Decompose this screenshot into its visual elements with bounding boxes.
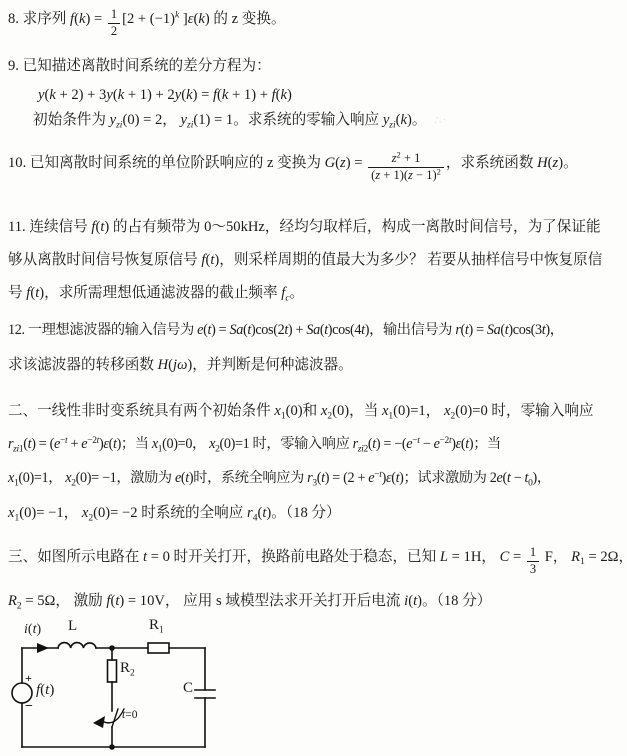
switch-arrowhead-icon — [93, 716, 105, 728]
current-label: i(t) — [24, 623, 41, 637]
circuit-diagram: i(t) L R1 R2 C f(t) + − t=0 — [10, 615, 222, 756]
section-2-line-1: 二、一线性非时变系统具有两个初始条件 x1(0)和 x2(0)，当 x1(0)=… — [8, 402, 594, 420]
problem-9-equation: y(k + 2) + 3y(k + 1) + 2y(k) = f(k + 1) … — [38, 86, 292, 104]
switch-blade-icon — [112, 709, 118, 727]
section-2-line-4: x1(0)= −1， x2(0)= −2 时系统的全响应 r4(t)。（18 分… — [8, 504, 341, 522]
problem-12-line-2: 求该滤波器的转移函数 H(jω)，并判断是何种滤波器。 — [8, 356, 353, 374]
problem-8: 8. 求序列 f(k) = 12[2 + (−1)k ]ε(k) 的 z 变换。 — [8, 8, 286, 39]
switch-arrow-icon — [102, 709, 124, 723]
junction-dot — [109, 744, 115, 750]
document-page: 8. 求序列 f(k) = 12[2 + (−1)k ]ε(k) 的 z 变换。… — [0, 0, 627, 756]
capacitor-plates-icon — [195, 690, 215, 698]
capacitor-label: C — [183, 681, 193, 696]
section-2-line-3: x1(0)=1， x2(0)= −1，激励为 e(t)时，系统全响应为 r3(t… — [8, 470, 551, 488]
problem-9-intro: 9. 已知描述离散时间系统的差分方程为： — [8, 57, 271, 75]
plus-sign: + — [25, 672, 32, 684]
section-3-line-2: R2 = 5Ω， 激励 f(t) = 10V， 应用 s 域模型法求开关打开后电… — [8, 592, 491, 610]
problem-11-line-3: 号 f(t)，求所需理想低通滤波器的截止频率 fc。 — [8, 284, 304, 302]
problem-12-line-1: 12. 一理想滤波器的输入信号为 e(t) = Sa(t)cos(2t) + S… — [8, 322, 564, 340]
resistor2-body-icon — [108, 660, 117, 682]
inductor-label: L — [68, 619, 77, 634]
resistor1-label: R1 — [149, 618, 164, 633]
problem-10: 10. 已知离散时间系统的单位阶跃响应的 z 变换为 G(z) = z2 + 1… — [8, 152, 578, 183]
resistor2-label: R2 — [120, 661, 135, 676]
problem-9-conditions: 初始条件为 yzi(0) = 2， yzi(1) = 1。求系统的零输入响应 y… — [33, 111, 426, 129]
resistor1-body-icon — [148, 643, 169, 653]
problem-11-line-2: 够从离散时间信号恢复原信号 f(t)，则采样周期的值最大为多少？ 若要从抽样信号… — [8, 251, 602, 269]
scan-artifact: ∴∙ — [433, 110, 469, 129]
minus-sign: − — [25, 700, 33, 714]
section-2-line-2: rzi1(t) = (e−t + e−2t)ε(t)；当 x1(0)=0， x2… — [8, 436, 501, 454]
section-3-line-1: 三、如图所示电路在 t = 0 时开关打开，换路前电路处于稳态，已知 L = 1… — [8, 546, 627, 577]
switch-time-label: t=0 — [122, 710, 137, 722]
current-arrow-icon — [37, 643, 49, 653]
source-label: f(t) — [36, 683, 54, 698]
inductor-coil-icon — [58, 643, 96, 648]
junction-dot — [109, 645, 115, 651]
problem-11-line-1: 11. 连续信号 f(t) 的占有频带为 0～50kHz，经均匀取样后，构成一离… — [8, 218, 601, 236]
